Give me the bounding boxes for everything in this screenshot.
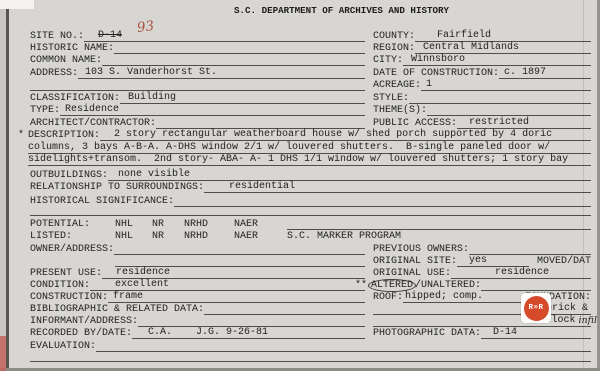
public-access-label: PUBLIC ACCESS: bbox=[373, 118, 457, 129]
city-label: CITY: bbox=[373, 55, 403, 66]
potential-option-nr: NR bbox=[152, 219, 184, 230]
row-site-no-county: SITE NO.: D-14 COUNTY: Fairfield bbox=[30, 30, 591, 42]
historic-name-label: HISTORIC NAME: bbox=[30, 43, 114, 54]
public-access-value: restricted bbox=[469, 117, 529, 128]
address-value: 103 S. Vanderhorst St. bbox=[85, 67, 217, 78]
recorded-by-value-2: J.G. 9-26-81 bbox=[196, 327, 268, 338]
roof-label: ROOF: bbox=[373, 292, 403, 303]
previous-owners-label: PREVIOUS OWNERS: bbox=[373, 244, 469, 255]
date-of-construction-label: DATE OF CONSTRUCTION: bbox=[373, 68, 499, 79]
row-informant: INFORMANT/ADDRESS: block infil bbox=[30, 315, 591, 327]
row-blank-line bbox=[30, 204, 591, 216]
listed-option-nr: NR bbox=[152, 231, 184, 242]
row-condition-altered: CONDITION: excellent ** ALTERED /UNALTER… bbox=[30, 279, 591, 291]
description-line-1: 2 story rectangular weatherboard house w… bbox=[114, 129, 552, 140]
row-outbuildings: OUTBUILDINGS: none visible bbox=[30, 169, 591, 181]
rr-logo-icon: R≡R bbox=[524, 296, 549, 321]
city-value: Winnsboro bbox=[411, 54, 465, 65]
county-value: Fairfield bbox=[437, 30, 491, 41]
row-present-original-use: PRESENT USE: residence ORIGINAL USE: res… bbox=[30, 267, 591, 279]
construction-value: frame bbox=[113, 291, 143, 302]
row-construction-roof-foundation: CONSTRUCTION: frame ROOF: hipped; comp. … bbox=[30, 291, 591, 303]
acreage-label: ACREAGE: bbox=[373, 80, 421, 91]
listed-option-nrhd: NRHD bbox=[184, 231, 234, 242]
description-asterisk: * bbox=[18, 130, 24, 141]
listed-option-nhl: NHL bbox=[115, 231, 152, 242]
description-label: *DESCRIPTION: bbox=[18, 130, 100, 141]
relationship-label: RELATIONSHIP TO SURROUNDINGS: bbox=[30, 182, 204, 193]
potential-option-nrhd: NRHD bbox=[184, 219, 234, 230]
row-relationship: RELATIONSHIP TO SURROUNDINGS: residentia… bbox=[30, 181, 591, 193]
archives-form-scan: S.C. DEPARTMENT OF ARCHIVES AND HISTORY … bbox=[0, 0, 600, 371]
row-recorded-photographic: RECORDED BY/DATE: C.A. J.G. 9-26-81 PHOT… bbox=[30, 327, 591, 339]
scan-corner-patch bbox=[0, 0, 34, 9]
type-value: Residence bbox=[65, 104, 119, 115]
original-site-label: ORIGINAL SITE: bbox=[373, 256, 457, 267]
present-use-label: PRESENT USE: bbox=[30, 268, 102, 279]
description-line-2: columns, 3 bays A-B-A. A-DHS window 2/1 … bbox=[28, 142, 550, 153]
acreage-value: 1 bbox=[426, 79, 432, 90]
owner-address-label: OWNER/ADDRESS: bbox=[30, 244, 114, 255]
form-title: S.C. DEPARTMENT OF ARCHIVES AND HISTORY bbox=[234, 5, 449, 16]
recorded-by-label: RECORDED BY/DATE: bbox=[30, 328, 132, 339]
unaltered-label: /UNALTERED: bbox=[415, 280, 481, 291]
outbuildings-label: OUTBUILDINGS: bbox=[30, 170, 108, 181]
altered-asterisks: ** bbox=[355, 280, 367, 291]
row-listed: LISTED: NHL NR NRHD NAER S.C. MARKER PRO… bbox=[30, 230, 591, 242]
themes-label: THEME(S): bbox=[373, 105, 427, 116]
row-common-name-city: COMMON NAME: CITY: Winnsboro bbox=[30, 54, 591, 66]
type-label: TYPE: bbox=[30, 105, 60, 116]
outbuildings-value: none visible bbox=[118, 169, 190, 180]
row-type-themes: TYPE: Residence THEME(S): bbox=[30, 104, 591, 116]
original-site-value: yes bbox=[469, 255, 487, 266]
potential-label: POTENTIAL: bbox=[30, 219, 115, 230]
row-description-3: sidelights+transom. 2nd story- ABA- A- 1… bbox=[28, 154, 591, 166]
foundation-value-line-1: brick & bbox=[546, 303, 588, 314]
region-label: REGION: bbox=[373, 43, 415, 54]
site-no-value: D-14 bbox=[98, 30, 122, 41]
description-line-3: sidelights+transom. 2nd story- ABA- A- 1… bbox=[28, 154, 568, 165]
recorded-by-value-1: C.A. bbox=[148, 327, 172, 338]
site-no-label: SITE NO.: bbox=[30, 31, 84, 42]
row-original-site: ORIGINAL SITE: yes MOVED/DAT bbox=[30, 255, 591, 267]
photographic-data-label: PHOTOGRAPHIC DATA: bbox=[373, 328, 481, 339]
listed-option-naer: NAER bbox=[234, 231, 287, 242]
row-description-1: *DESCRIPTION: 2 story rectangular weathe… bbox=[18, 129, 591, 141]
region-value: Central Midlands bbox=[423, 42, 519, 53]
row-historic-name-region: HISTORIC NAME: REGION: Central Midlands bbox=[30, 42, 591, 54]
row-bibliographic: BIBLIOGRAPHIC & RELATED DATA: brick & bbox=[30, 303, 591, 315]
potential-option-nhl: NHL bbox=[115, 219, 152, 230]
original-use-value: residence bbox=[495, 267, 549, 278]
classification-value: Building bbox=[128, 92, 176, 103]
common-name-label: COMMON NAME: bbox=[30, 55, 102, 66]
row-architect-public-access: ARCHITECT/CONTRACTOR: PUBLIC ACCESS: res… bbox=[30, 117, 591, 129]
bibliographic-label: BIBLIOGRAPHIC & RELATED DATA: bbox=[30, 304, 204, 315]
condition-value: excellent bbox=[115, 279, 169, 290]
scan-red-streak bbox=[0, 336, 6, 371]
listed-label: LISTED: bbox=[30, 231, 115, 242]
condition-label: CONDITION: bbox=[30, 280, 90, 291]
architect-label: ARCHITECT/CONTRACTOR: bbox=[30, 118, 156, 129]
present-use-value: residence bbox=[116, 267, 170, 278]
handwritten-site-number: 93 bbox=[136, 18, 155, 36]
date-of-construction-value: c. 1897 bbox=[504, 67, 546, 78]
row-description-2: columns, 3 bays A-B-A. A-DHS window 2/1 … bbox=[28, 142, 591, 154]
construction-label: CONSTRUCTION: bbox=[30, 292, 108, 303]
roof-value: hipped; comp. bbox=[405, 291, 483, 302]
row-address-construction-date: ADDRESS: 103 S. Vanderhorst St. DATE OF … bbox=[30, 67, 591, 79]
address-label: ADDRESS: bbox=[30, 68, 78, 79]
informant-label: INFORMANT/ADDRESS: bbox=[30, 316, 138, 327]
row-classification-style: CLASSIFICATION: Building STYLE: bbox=[30, 92, 591, 104]
row-bottom-line bbox=[30, 350, 591, 362]
row-owner-previous-owners: OWNER/ADDRESS: PREVIOUS OWNERS: bbox=[30, 243, 591, 255]
row-potential: POTENTIAL: NHL NR NRHD NAER bbox=[30, 218, 591, 230]
scan-crease-line bbox=[583, 0, 584, 371]
county-label: COUNTY: bbox=[373, 31, 415, 42]
marker-program-label: S.C. MARKER PROGRAM bbox=[287, 231, 401, 242]
relationship-value: residential bbox=[229, 181, 295, 192]
original-use-label: ORIGINAL USE: bbox=[373, 268, 451, 279]
scan-left-edge-line bbox=[6, 0, 9, 371]
roots-and-recall-watermark: R≡R bbox=[521, 293, 551, 323]
style-label: STYLE: bbox=[373, 93, 409, 104]
row-acreage: ACREAGE: 1 bbox=[30, 79, 591, 91]
classification-label: CLASSIFICATION: bbox=[30, 93, 120, 104]
potential-option-naer: NAER bbox=[234, 219, 287, 230]
foundation-handwritten-infill: infil bbox=[578, 315, 597, 326]
photographic-data-value: D-14 bbox=[493, 327, 517, 338]
